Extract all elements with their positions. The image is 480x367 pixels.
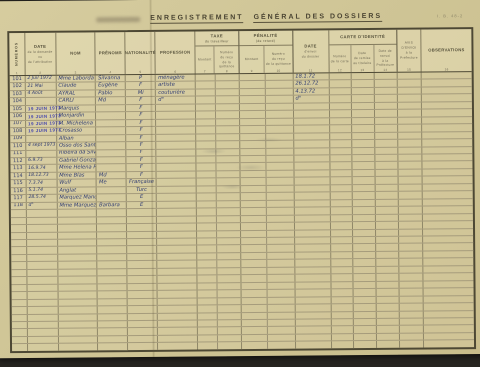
cell-nat: F (127, 172, 157, 179)
cell-pen_recu (266, 118, 294, 125)
cell-prof (157, 149, 197, 156)
cell-num: 102 (10, 83, 26, 90)
cell-avis (398, 147, 422, 154)
cell-prenom: Md (96, 97, 126, 104)
cell-envoi (294, 163, 330, 170)
cell-pen_recu (267, 208, 295, 215)
cell-pen_recu (265, 74, 293, 81)
cell-obs (424, 340, 474, 347)
cell-nom: Wulf (57, 180, 97, 187)
header-taxe-title: TAXE du travailleur (195, 31, 238, 46)
cell-envoi (295, 282, 331, 289)
cell-date (28, 322, 59, 329)
cell-taxe_recu (218, 313, 242, 320)
cell-carte_remise (354, 259, 377, 266)
cell-pen_montant (240, 141, 266, 148)
cell-pen_montant (241, 201, 267, 208)
cell-prenom (97, 150, 127, 157)
cell-pen_recu (267, 230, 295, 237)
cell-carte_renvoi (375, 95, 398, 102)
cell-carte_num (330, 133, 353, 140)
cell-prenom (97, 142, 127, 149)
cell-prof (158, 313, 198, 320)
cell-nat (128, 298, 158, 305)
cell-carte_remise (352, 80, 375, 87)
cell-num (11, 233, 27, 240)
cell-num: 112 (10, 158, 26, 165)
cell-envoi: 18.1.72 (293, 73, 329, 80)
cell-pen_montant (241, 268, 267, 275)
cell-nat (128, 291, 158, 298)
cell-pen_montant (242, 305, 268, 312)
cell-date: 6.9.73 (26, 158, 57, 165)
cell-obs (424, 303, 474, 310)
cell-prof: ménagère (156, 75, 196, 82)
table-body: 1012 Juil 1972Mme LabordaSilvannaPménagè… (10, 72, 474, 351)
cell-pen_montant (241, 283, 267, 290)
cell-prenom (98, 291, 128, 298)
cell-carte_remise (352, 88, 375, 95)
cell-prof (157, 142, 197, 149)
cell-prenom: Md (97, 172, 127, 179)
cell-avis (398, 117, 422, 124)
cell-carte_remise (354, 326, 377, 333)
cell-envoi: 26.12.72 (293, 81, 329, 88)
cell-pen_montant (240, 104, 266, 111)
cell-prenom (98, 254, 128, 261)
cell-taxe_recu (218, 305, 242, 312)
cell-prof (156, 119, 196, 126)
cell-nat: E (127, 194, 157, 201)
cell-envoi (295, 260, 331, 267)
cell-obs (424, 333, 474, 340)
cell-carte_num (330, 170, 353, 177)
cell-prenom (98, 276, 128, 283)
cell-pen_recu (266, 171, 294, 178)
cell-obs (422, 117, 472, 124)
cell-carte_remise (354, 289, 377, 296)
cell-nat (128, 284, 158, 291)
cell-nom: CARLI (57, 98, 97, 105)
cell-taxe_montant (197, 231, 217, 238)
cell-avis (398, 95, 422, 102)
cell-obs (424, 296, 474, 303)
cell-nat: F (126, 120, 156, 127)
cell-nom (58, 254, 98, 261)
cell-nom: Mme Helena Rosa (57, 165, 97, 172)
cell-carte_num (331, 282, 354, 289)
cell-avis (398, 87, 422, 94)
cell-nom (58, 269, 98, 276)
cell-prenom (98, 284, 128, 291)
cell-carte_renvoi (377, 341, 400, 348)
cell-envoi (294, 207, 330, 214)
cell-prof (158, 276, 198, 283)
cell-prof (158, 268, 198, 275)
cell-nom: Osso dos Santos (57, 142, 97, 149)
cell-carte_remise (352, 110, 375, 117)
cell-taxe_recu (217, 201, 241, 208)
cell-carte_remise (353, 185, 376, 192)
cell-taxe_montant (197, 216, 217, 223)
cell-obs (423, 199, 473, 206)
column-number: 4 (96, 70, 125, 75)
cell-pen_recu (267, 267, 295, 274)
cell-pen_recu (266, 89, 294, 96)
cell-pen_recu (267, 305, 295, 312)
cell-envoi (294, 193, 330, 200)
cell-num (11, 240, 27, 247)
cell-num (11, 277, 27, 284)
cell-pen_montant (242, 327, 268, 334)
cell-pen_montant (241, 208, 267, 215)
cell-carte_remise (354, 341, 377, 348)
cell-nom: Monjardin (57, 113, 97, 120)
cell-carte_num (331, 267, 354, 274)
cell-taxe_montant (196, 82, 216, 89)
cell-taxe_montant (197, 201, 217, 208)
cell-carte_renvoi (377, 319, 400, 326)
cell-carte_num (330, 192, 353, 199)
cell-obs (422, 102, 472, 109)
cell-taxe_montant (197, 156, 217, 163)
cell-taxe_recu (216, 126, 240, 133)
cell-avis (398, 102, 422, 109)
cell-obs (423, 244, 473, 251)
column-number: 10 (265, 68, 292, 73)
cell-envoi (294, 148, 330, 155)
cell-obs (423, 191, 473, 198)
header-group-carte: CARTE D'IDENTITÉ Numéro de la carte 12 D… (329, 30, 398, 73)
cell-prof (157, 201, 197, 208)
cell-envoi (294, 185, 330, 192)
cell-taxe_montant (198, 298, 218, 305)
cell-num: 107 (10, 121, 26, 128)
cell-taxe_montant (197, 194, 217, 201)
cell-date (27, 270, 58, 277)
cell-nom: Mme Blas (57, 172, 97, 179)
cell-obs (422, 72, 472, 79)
cell-date (27, 247, 58, 254)
cell-pen_montant (241, 186, 267, 193)
cell-num (11, 285, 27, 292)
column-number: 9 (240, 68, 264, 73)
cell-nat: F (127, 134, 157, 141)
cell-avis (399, 199, 423, 206)
cell-obs (422, 154, 472, 161)
cell-prenom (98, 306, 128, 313)
cell-obs (422, 94, 472, 101)
cell-nat (128, 306, 158, 313)
header-numeros: NUMÉROS 1 (9, 33, 25, 75)
cell-avis (399, 259, 423, 266)
cell-date (27, 299, 58, 306)
cell-taxe_montant (197, 186, 217, 193)
cell-pen_recu (267, 290, 295, 297)
cell-num: 117 (11, 195, 27, 202)
cell-nom (58, 239, 98, 246)
header-penalite-montant: Montant 9 (239, 46, 264, 73)
cell-carte_renvoi (377, 274, 400, 281)
cell-avis (398, 155, 422, 162)
cell-avis (399, 289, 423, 296)
scanned-page: ENREGISTREMENT GÉNÉRAL DES DOSSIERS I. B… (0, 0, 480, 358)
cell-nom: AYRAL (56, 90, 96, 97)
cell-envoi (295, 230, 331, 237)
cell-date (27, 240, 58, 247)
column-number: 3 (56, 70, 95, 75)
cell-pen_recu (267, 253, 295, 260)
cell-num: 108 (10, 128, 26, 135)
cell-date (27, 210, 58, 217)
cell-avis (399, 229, 423, 236)
cell-pen_montant (240, 163, 266, 170)
column-number: 8 (215, 69, 239, 74)
cell-avis (399, 244, 423, 251)
cell-carte_renvoi (376, 207, 399, 214)
cell-carte_renvoi (375, 147, 398, 154)
cell-carte_num (331, 237, 354, 244)
cell-taxe_recu (216, 164, 240, 171)
cell-envoi (295, 275, 331, 282)
column-number: 13 (352, 67, 373, 72)
cell-prof (157, 127, 197, 134)
cell-num (12, 322, 28, 329)
cell-num: 110 (10, 143, 26, 150)
column-number: 5 (126, 69, 155, 74)
cell-avis (399, 237, 423, 244)
cell-nat: F (127, 149, 157, 156)
cell-taxe_recu (217, 283, 241, 290)
cell-prenom (96, 120, 126, 127)
cell-nat (128, 336, 158, 343)
cell-date: 19 JUIN 1973 (26, 128, 57, 135)
cell-obs (423, 251, 473, 258)
cell-prof (158, 261, 198, 268)
cell-obs (423, 184, 473, 191)
cell-obs (422, 147, 472, 154)
cell-carte_renvoi (376, 155, 399, 162)
cell-date (27, 277, 58, 284)
cell-envoi (295, 304, 331, 311)
cell-carte_remise (354, 274, 377, 281)
cell-taxe_recu (217, 275, 241, 282)
cell-carte_num (331, 245, 354, 252)
cell-avis (398, 125, 422, 132)
header-avis-envoi: AVIS D'ENVOI à la Préfecture 15 (397, 30, 421, 72)
cell-date (27, 292, 58, 299)
cell-carte_remise (354, 334, 377, 341)
cell-prof (158, 335, 198, 342)
cell-obs (423, 229, 473, 236)
cell-avis (399, 274, 423, 281)
header-taxe-recu: Numéro du reçu de la quittance 8 (215, 46, 239, 73)
cell-carte_renvoi (376, 244, 399, 251)
cell-carte_num (329, 73, 352, 80)
cell-pen_montant (241, 260, 267, 267)
cell-nat: Française (127, 179, 157, 186)
cell-num: 114 (11, 173, 27, 180)
cell-pen_montant (242, 342, 268, 349)
cell-nat: F (126, 82, 156, 89)
header-group-penalite: PÉNALITÉ (de retard) Montant 9 Numéro du… (239, 31, 293, 73)
cell-carte_renvoi (375, 132, 398, 139)
cell-avis (399, 281, 423, 288)
cell-carte_remise (353, 147, 376, 154)
cell-carte_renvoi (376, 162, 399, 169)
cell-carte_num (330, 200, 353, 207)
cell-prenom: Me (97, 179, 127, 186)
cell-prenom (98, 299, 128, 306)
header-profession: PROFESSION 6 (156, 32, 196, 74)
cell-pen_montant (240, 148, 266, 155)
cell-obs (423, 281, 473, 288)
cell-avis (398, 162, 422, 169)
cell-carte_renvoi (376, 229, 399, 236)
date-stamp: 19 JUIN 1973 (28, 114, 61, 120)
cell-nom: Anglat (57, 187, 97, 194)
cell-pen_montant (240, 89, 266, 96)
cell-date (27, 307, 58, 314)
cell-nat (128, 276, 158, 283)
cell-nat: F (126, 105, 156, 112)
cell-taxe_recu (217, 193, 241, 200)
cell-carte_remise (354, 304, 377, 311)
cell-obs (422, 109, 472, 116)
cell-avis (400, 304, 424, 311)
cell-prof (158, 283, 198, 290)
cell-taxe_montant (198, 283, 218, 290)
cell-nom: Ribeira da Silva (57, 150, 97, 157)
cell-date (28, 329, 59, 336)
cell-carte_renvoi (375, 88, 398, 95)
cell-prof (157, 156, 197, 163)
cell-envoi (296, 334, 332, 341)
cell-carte_renvoi (375, 140, 398, 147)
cell-carte_num (330, 177, 353, 184)
cell-prof (157, 171, 197, 178)
header-observations: OBSERVATIONS 16 (421, 29, 471, 71)
cell-pen_recu (266, 141, 294, 148)
cell-avis (399, 222, 423, 229)
cell-prenom (96, 127, 126, 134)
cell-pen_recu (267, 275, 295, 282)
cell-carte_remise (353, 207, 376, 214)
cell-date (28, 344, 59, 351)
cell-date (26, 135, 57, 142)
cell-pen_recu (268, 320, 296, 327)
cell-prenom (96, 112, 126, 119)
cell-carte_renvoi (376, 214, 399, 221)
cell-taxe_recu (217, 223, 241, 230)
cell-num: 106 (10, 113, 26, 120)
cell-carte_num (330, 140, 353, 147)
cell-carte_num (330, 148, 353, 155)
cell-prenom (97, 217, 127, 224)
cell-pen_recu (267, 223, 295, 230)
cell-prenom (97, 187, 127, 194)
cell-carte_renvoi (376, 252, 399, 259)
cell-nat (128, 343, 158, 350)
cell-taxe_montant (196, 112, 216, 119)
cell-carte_remise (353, 133, 376, 140)
cell-prof (157, 216, 197, 223)
cell-taxe_montant (196, 127, 216, 134)
cell-carte_num (331, 274, 354, 281)
cell-avis (400, 341, 424, 348)
cell-prenom (97, 232, 127, 239)
cell-date: 5.1.74 (26, 188, 57, 195)
cell-carte_num (332, 334, 355, 341)
cell-taxe_montant (197, 223, 217, 230)
cell-prenom: Barbara (97, 202, 127, 209)
cell-pen_recu (267, 215, 295, 222)
cell-envoi (295, 327, 331, 334)
cell-pen_recu (266, 178, 294, 185)
cell-pen_montant (240, 74, 266, 81)
cell-prenom: Pablo (96, 90, 126, 97)
cell-envoi (294, 133, 330, 140)
cell-pen_recu (266, 185, 294, 192)
column-number: 14 (374, 67, 396, 72)
cell-pen_recu (266, 126, 294, 133)
cell-nat (127, 209, 157, 216)
cell-carte_renvoi (376, 237, 399, 244)
cell-carte_renvoi (377, 281, 400, 288)
cell-nom: Marquez Manuel (57, 195, 97, 202)
cell-prof (157, 194, 197, 201)
cell-envoi (294, 178, 330, 185)
cell-taxe_recu (217, 246, 241, 253)
cell-taxe_recu (216, 74, 240, 81)
cell-avis (399, 266, 423, 273)
cell-obs (423, 258, 473, 265)
cell-prof (157, 179, 197, 186)
cell-prof (158, 291, 198, 298)
cell-nat: E (127, 202, 157, 209)
cell-envoi (295, 289, 331, 296)
column-number: 16 (422, 67, 472, 72)
cell-taxe_montant (197, 238, 217, 245)
cell-obs (422, 80, 472, 87)
cell-nat: F (127, 164, 157, 171)
cell-nat: F (127, 142, 157, 149)
header-date-demande: DATE de la demande ou de l'attribution 2 (25, 33, 56, 75)
cell-prof (158, 320, 198, 327)
cell-carte_renvoi (376, 185, 399, 192)
cell-num (12, 300, 28, 307)
cell-taxe_recu (217, 253, 241, 260)
cell-taxe_recu (216, 141, 240, 148)
cell-prenom (98, 247, 128, 254)
cell-prenom (98, 343, 128, 350)
cell-date (26, 150, 57, 157)
cell-envoi (296, 342, 332, 349)
cell-nom: Mme Marquez (57, 202, 97, 209)
cell-obs (423, 236, 473, 243)
cell-obs (423, 214, 473, 221)
cell-obs (422, 132, 472, 139)
cell-carte_renvoi (376, 199, 399, 206)
cell-date: 19 JUIN 1973 (26, 120, 57, 127)
cell-date: 19 JUIN 1973 (26, 113, 57, 120)
cell-prenom (97, 224, 127, 231)
cell-nat: F (127, 127, 157, 134)
cell-num: 105 (10, 106, 26, 113)
cell-num (11, 255, 27, 262)
cell-obs (422, 139, 472, 146)
cell-carte_num (329, 88, 352, 95)
